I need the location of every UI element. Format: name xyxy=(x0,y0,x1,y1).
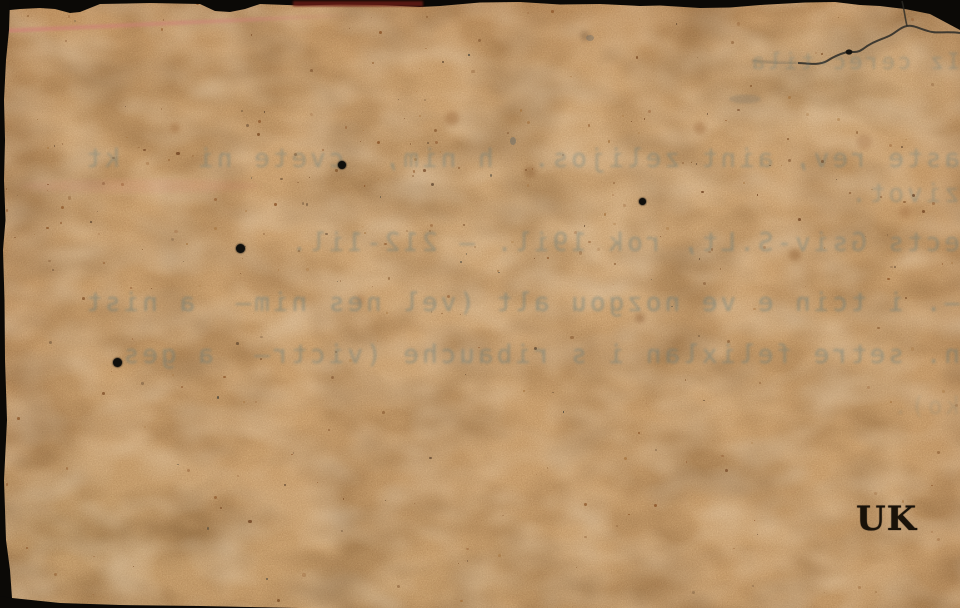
uk-marking: UK xyxy=(856,499,917,539)
paper-card xyxy=(0,0,960,608)
scanned-card: Iz cerec-tilaaste rev, aint zelijos. h n… xyxy=(0,0,960,608)
